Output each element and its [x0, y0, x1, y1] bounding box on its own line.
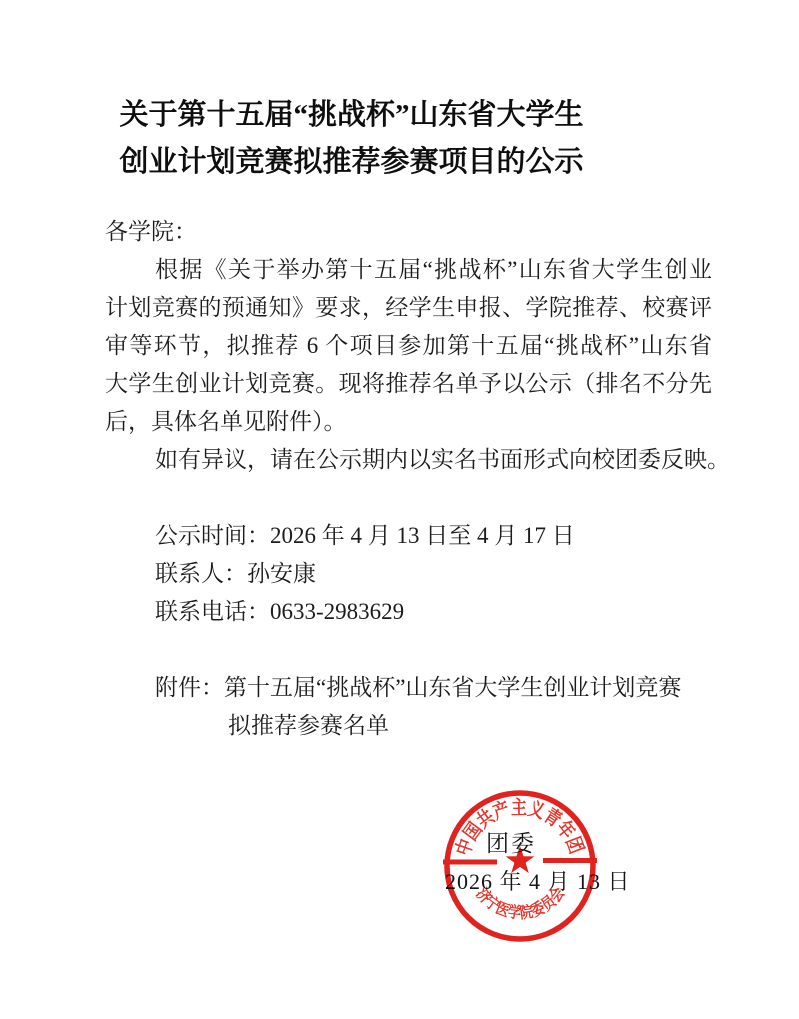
document-body: 各学院： 根据《关于举办第十五届“挑战杯”山东省大学生创业 计划竞赛的预通知》要… [105, 213, 712, 745]
official-seal: 中国共产主义青年团 济宁医学院委员会 [440, 786, 600, 946]
body-line: 审等环节，拟推荐 6 个项目参加第十五届“挑战杯”山东省 [105, 327, 712, 365]
star-icon [506, 846, 535, 873]
body-line: 大学生创业计划竞赛。现将推荐名单予以公示（排名不分先 [105, 365, 712, 403]
seal-bar-left [443, 860, 497, 865]
salutation-line: 各学院： [105, 213, 712, 251]
contact-phone-line: 联系电话：0633-2983629 [105, 593, 712, 631]
attachment-line-2: 拟推荐参赛名单 [105, 707, 712, 745]
document-title: 关于第十五届“挑战杯”山东省大学生 创业计划竞赛拟推荐参赛项目的公示 [0, 92, 751, 186]
body-line: 计划竞赛的预通知》要求，经学生申报、学院推荐、校赛评 [105, 289, 712, 327]
seal-bar-right [543, 858, 597, 863]
body-line: 后，具体名单见附件）。 [105, 403, 712, 441]
body-line: 如有异议，请在公示期内以实名书面形式向校团委反映。 [105, 441, 712, 479]
title-line-2: 创业计划竞赛拟推荐参赛项目的公示 [0, 139, 751, 186]
body-line: 根据《关于举办第十五届“挑战杯”山东省大学生创业 [105, 251, 712, 289]
contact-person-line: 联系人：孙安康 [105, 555, 712, 593]
publicity-period-line: 公示时间：2026 年 4 月 13 日至 4 月 17 日 [105, 517, 712, 555]
title-line-1: 关于第十五届“挑战杯”山东省大学生 [0, 92, 751, 139]
document-page: 关于第十五届“挑战杯”山东省大学生 创业计划竞赛拟推荐参赛项目的公示 各学院： … [0, 0, 799, 1019]
attachment-line: 附件：第十五届“挑战杯”山东省大学生创业计划竞赛 [105, 669, 712, 707]
seal-inner-arc-text: 济宁医学院委员会 [472, 884, 568, 923]
